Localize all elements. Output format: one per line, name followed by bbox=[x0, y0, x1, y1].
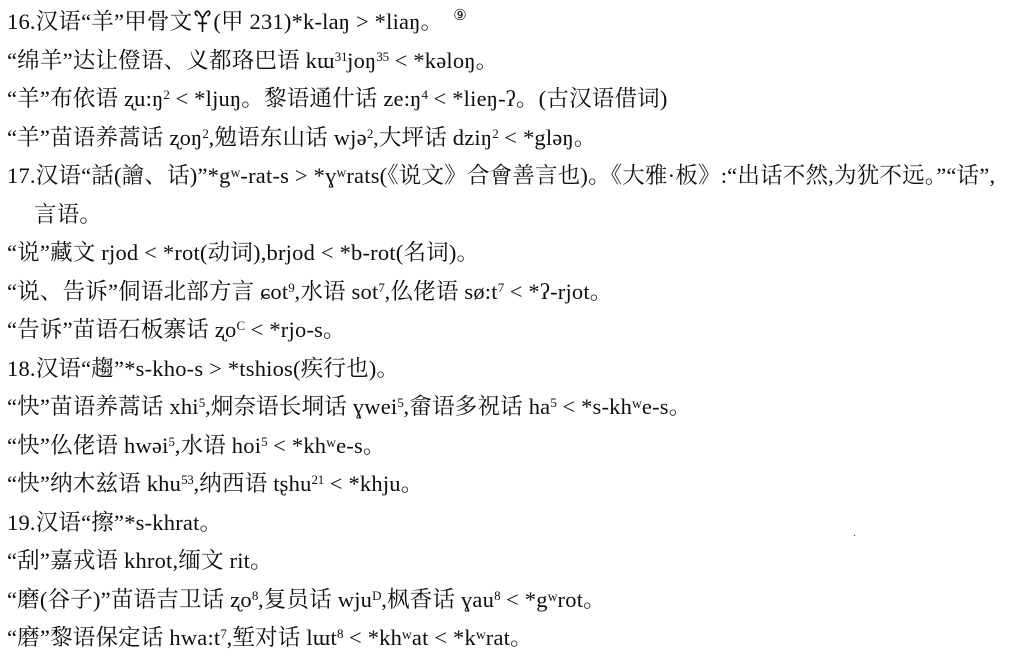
text-line: 17.汉语“話(譮、话)”*gʷ-rat-s > *ɣʷrats(《说文》合會善… bbox=[7, 164, 1022, 188]
text-run: ,畲语多祝话 ha bbox=[404, 394, 551, 419]
text-run: 16.汉语“羊”甲骨文 bbox=[7, 9, 192, 34]
text-run: < *lieŋ-ʔ。(古汉语借词) bbox=[428, 86, 668, 111]
text-line: “磨(谷子)”苗语吉卫话 ʐo8,复员话 wjuD,枫香话 ɣau8 < *gʷ… bbox=[7, 588, 1022, 612]
text-run: ,勉语东山话 wjə bbox=[209, 125, 367, 150]
text-line: “说”藏文 rjod < *rot(动词),brjod < *b-rot(名词)… bbox=[7, 241, 1022, 265]
text-run: ,堑对话 lɯt bbox=[227, 625, 337, 650]
text-line: “告诉”苗语石板寨话 ʐoC < *rjo-s。 bbox=[7, 318, 1022, 342]
text-line: “快”纳木兹语 khu53,纳西语 tʂhu21 < *khju。 bbox=[7, 472, 1022, 496]
text-run: ,水语 hoi bbox=[175, 433, 261, 458]
footnote-marker: ⑨ bbox=[453, 8, 466, 24]
text-run: ,纳西语 tʂhu bbox=[193, 471, 311, 496]
text-run: “刮”嘉戎语 khrot,缅文 rit。 bbox=[7, 548, 273, 573]
text-run: “说”藏文 rjod < *rot(动词),brjod < *b-rot(名词)… bbox=[7, 240, 479, 265]
text-run: ,大坪话 dziŋ bbox=[373, 125, 492, 150]
page-text: 16.汉语“羊”甲骨文(甲 231)*k-laŋ > *liaŋ。⑨“绵羊”达让… bbox=[7, 9, 1022, 650]
text-run: “磨”黎语保定话 hwa:t bbox=[7, 625, 220, 650]
text-line: 言语。 bbox=[7, 203, 1022, 227]
text-line: “快”苗语养蒿话 xhi5,炯奈语长垌话 ɣwei5,畲语多祝话 ha5 < *… bbox=[7, 395, 1022, 419]
text-run: < *khʷat < *kʷrat。 bbox=[343, 625, 533, 650]
text-run: “快”仫佬语 hwəi bbox=[7, 433, 169, 458]
text-run: 言语。 bbox=[34, 202, 102, 227]
superscript: 31 bbox=[335, 49, 347, 64]
text-line: “磨”黎语保定话 hwa:t7,堑对话 lɯt8 < *khʷat < *kʷr… bbox=[7, 626, 1022, 650]
text-line: “羊”布依语 ʐu:ŋ2 < *ljuŋ。黎语通什话 ze:ŋ4 < *lieŋ… bbox=[7, 87, 1022, 111]
text-run: < *kəloŋ。 bbox=[389, 48, 499, 73]
text-line: “绵羊”达让僜语、义都珞巴语 kɯ31joŋ35 < *kəloŋ。 bbox=[7, 49, 1022, 73]
oracle-bone-sheep-glyph bbox=[192, 9, 213, 34]
text-run: ,枫香话 ɣau bbox=[381, 587, 494, 612]
text-run: “磨(谷子)”苗语吉卫话 ʐo bbox=[7, 587, 252, 612]
text-run: < *gləŋ。 bbox=[498, 125, 596, 150]
text-run: < *s-khʷe-s。 bbox=[557, 394, 692, 419]
text-run: joŋ bbox=[347, 48, 376, 73]
text-line: “刮”嘉戎语 khrot,缅文 rit。 bbox=[7, 549, 1022, 573]
text-line: “快”仫佬语 hwəi5,水语 hoi5 < *khʷe-s。 bbox=[7, 434, 1022, 458]
text-run: “羊”布依语 ʐu:ŋ bbox=[7, 86, 163, 111]
text-line: 19.汉语“擦”*s-khrat。 bbox=[7, 511, 1022, 535]
text-run: 19.汉语“擦”*s-khrat。 bbox=[7, 510, 222, 535]
text-run: ,复员话 wju bbox=[258, 587, 372, 612]
text-run: “羊”苗语养蒿话 ʐoŋ bbox=[7, 125, 202, 150]
text-run: “告诉”苗语石板寨话 ʐo bbox=[7, 317, 236, 342]
superscript: 35 bbox=[376, 49, 388, 64]
text-run: “绵羊”达让僜语、义都珞巴语 kɯ bbox=[7, 48, 335, 73]
scanned-page: 16.汉语“羊”甲骨文(甲 231)*k-laŋ > *liaŋ。⑨“绵羊”达让… bbox=[0, 0, 1030, 650]
text-line: “说、告诉”侗语北部方言 ɕot9,水语 sot7,仫佬语 sø:t7 < *ʔ… bbox=[7, 280, 1022, 304]
text-run: “快”苗语养蒿话 xhi bbox=[7, 394, 199, 419]
text-line: 16.汉语“羊”甲骨文(甲 231)*k-laŋ > *liaŋ。⑨ bbox=[7, 9, 1022, 34]
text-run: “说、告诉”侗语北部方言 ɕot bbox=[7, 279, 288, 304]
text-run: 17.汉语“話(譮、话)”*gʷ-rat-s > *ɣʷrats(《说文》合會善… bbox=[7, 163, 995, 188]
text-line: “羊”苗语养蒿话 ʐoŋ2,勉语东山话 wjə2,大坪话 dziŋ2 < *gl… bbox=[7, 126, 1022, 150]
text-line: 18.汉语“趨”*s-kho-s > *tshios(疾行也)。 bbox=[7, 357, 1022, 381]
text-run: < *khʷe-s。 bbox=[267, 433, 385, 458]
scan-artifact-dot: · bbox=[853, 531, 856, 542]
text-run: “快”纳木兹语 khu bbox=[7, 471, 181, 496]
text-run: ,仫佬语 sø:t bbox=[385, 279, 498, 304]
superscript: D bbox=[372, 588, 381, 603]
superscript: 53 bbox=[181, 472, 193, 487]
text-run: (甲 231)*k-laŋ > *liaŋ。 bbox=[213, 9, 443, 34]
superscript: C bbox=[236, 318, 244, 333]
text-run: < *khju。 bbox=[324, 471, 424, 496]
text-run: < *rjo-s。 bbox=[245, 317, 346, 342]
text-run: ,水语 sot bbox=[295, 279, 379, 304]
text-run: < *ljuŋ。黎语通什话 ze:ŋ bbox=[170, 86, 422, 111]
text-run: 18.汉语“趨”*s-kho-s > *tshios(疾行也)。 bbox=[7, 356, 399, 381]
text-run: < *gʷrot。 bbox=[500, 587, 606, 612]
text-run: ,炯奈语长垌话 ɣwei bbox=[205, 394, 397, 419]
text-run: < *ʔ-rjot。 bbox=[504, 279, 613, 304]
superscript: 21 bbox=[312, 472, 324, 487]
